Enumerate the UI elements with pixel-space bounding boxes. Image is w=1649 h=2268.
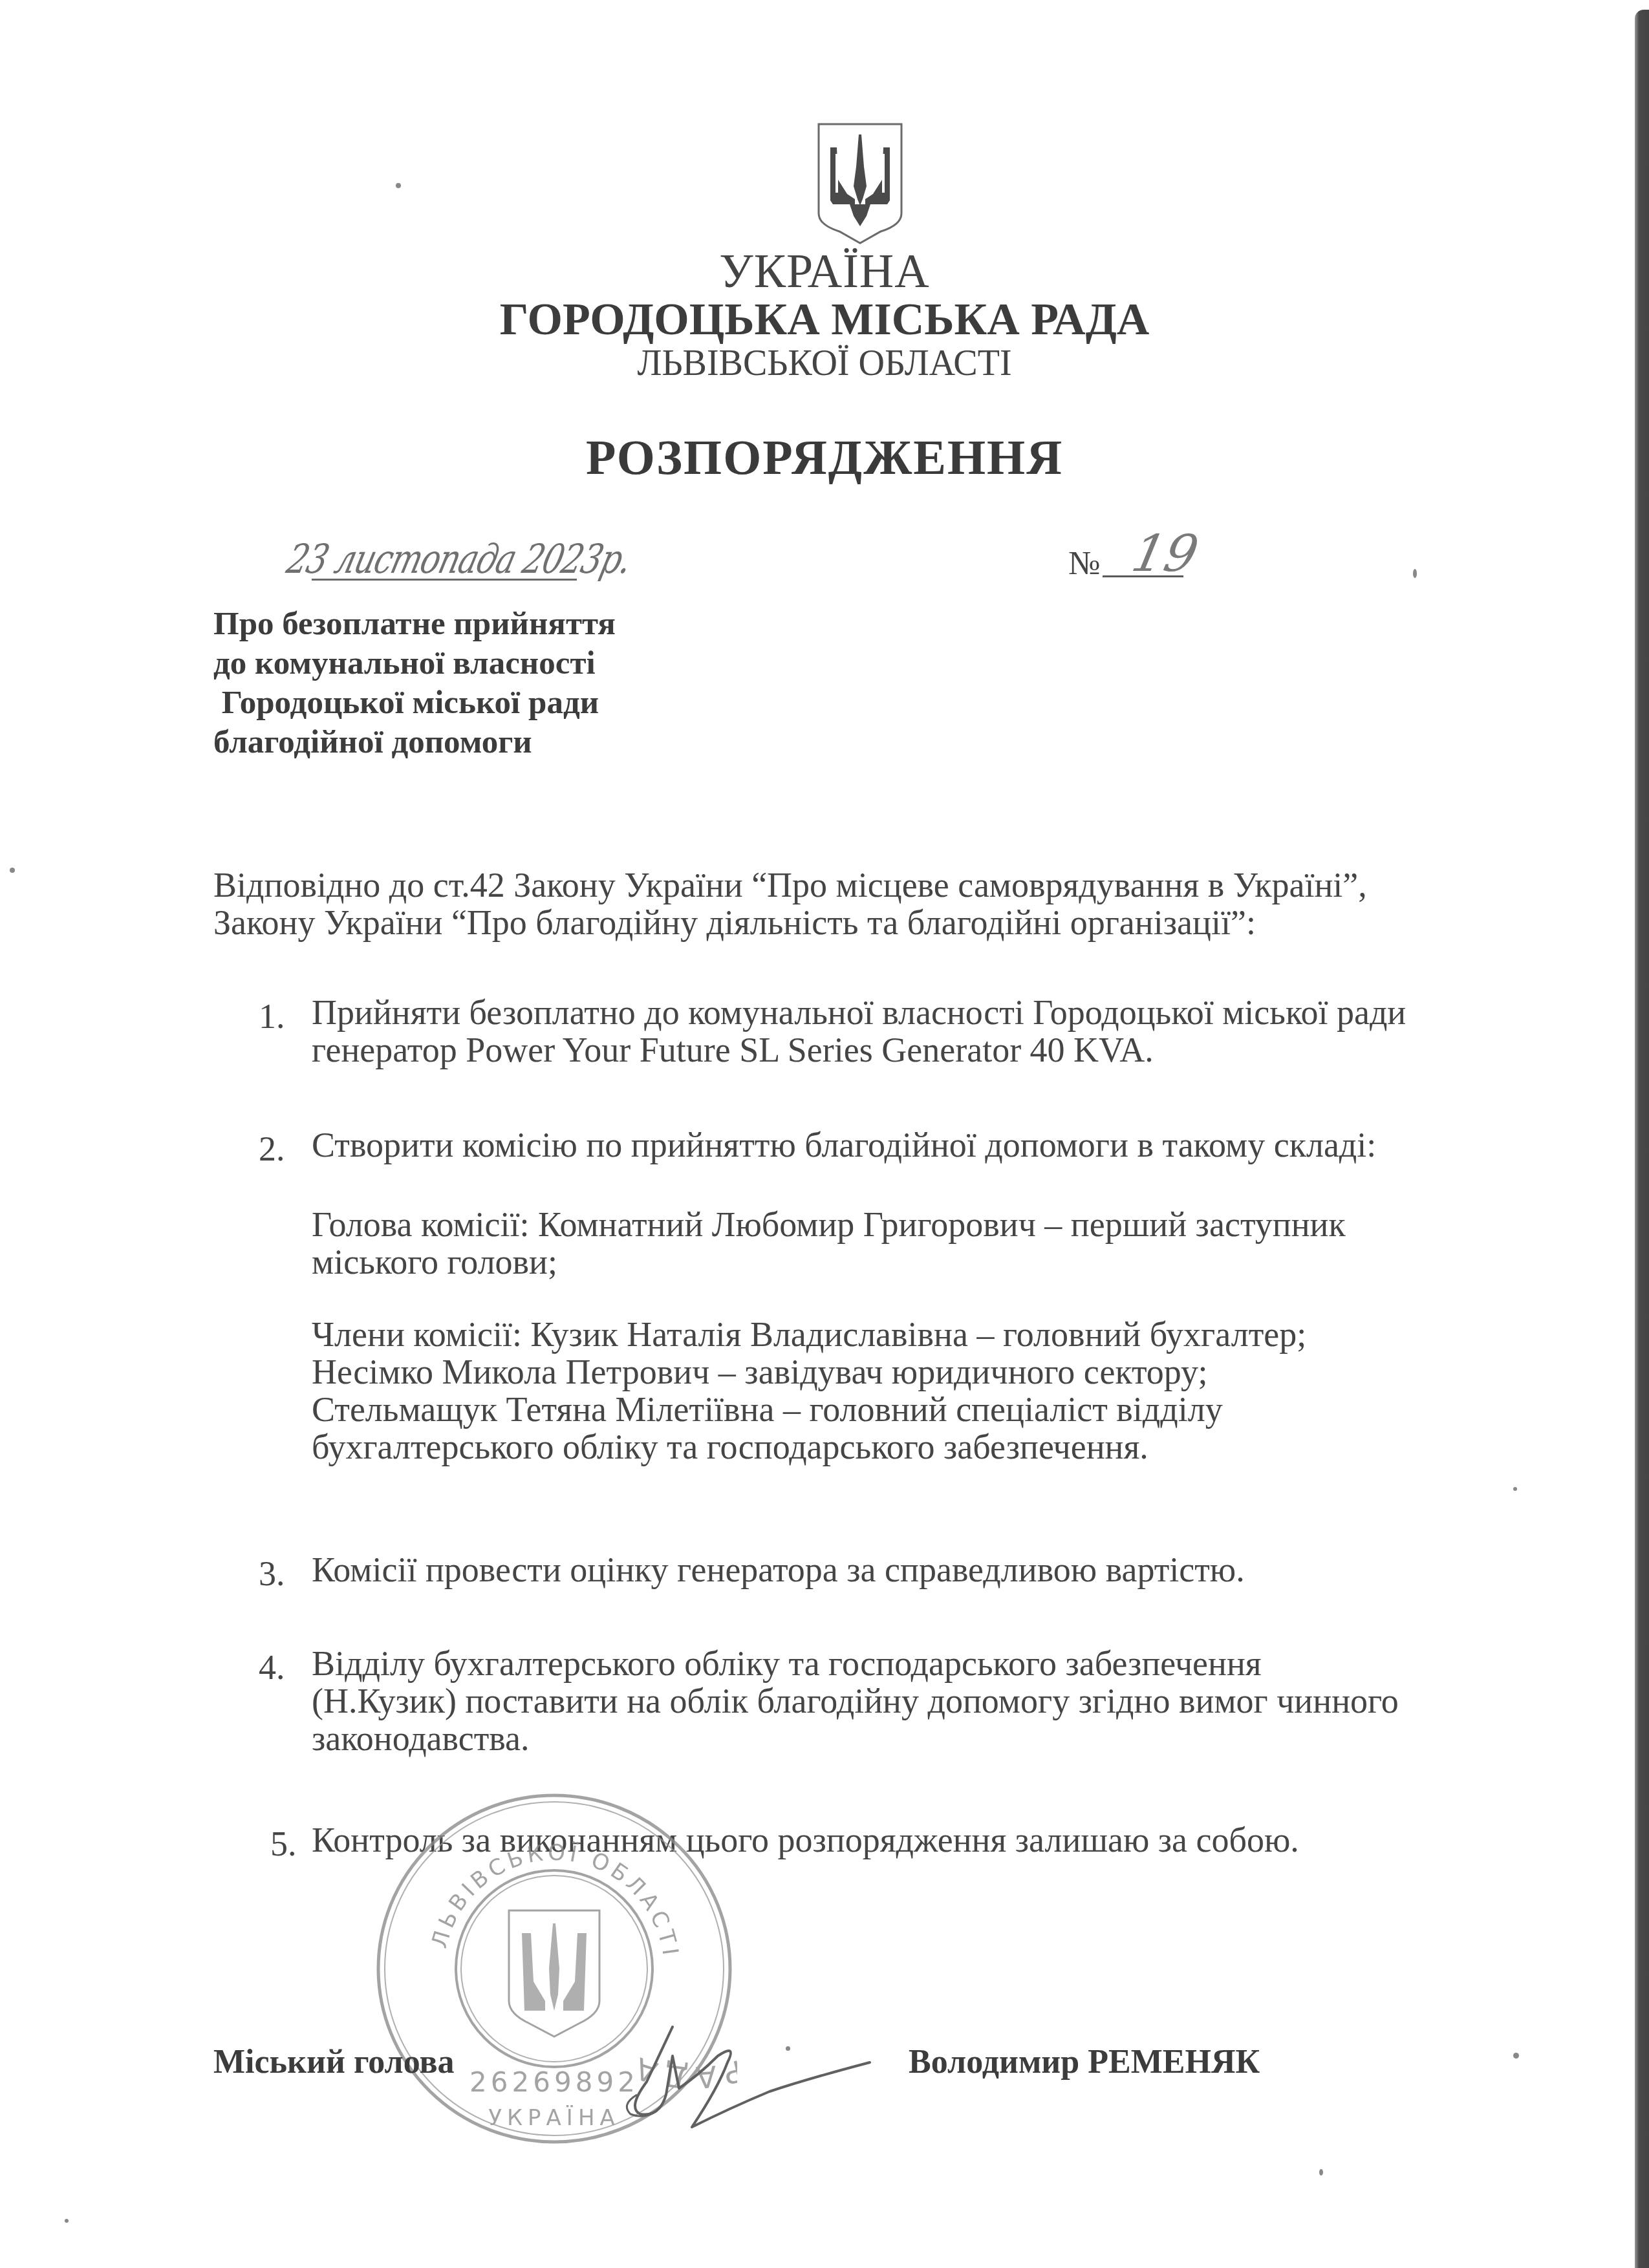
- list-item-line: законодавства.: [312, 1720, 1399, 1757]
- commission-chair-line: Голова комісії: Комнатний Любомир Григор…: [312, 1206, 1346, 1243]
- list-item: Комісії провести оцінку генератора за сп…: [312, 1551, 1245, 1589]
- list-item-line: Відділу бухгалтерського обліку та господ…: [312, 1645, 1399, 1682]
- scan-speck: [65, 2219, 69, 2223]
- scan-speck: [1513, 1487, 1517, 1491]
- handwritten-document-number: 19: [1126, 525, 1203, 583]
- signatory-title: Міський голова: [213, 2043, 455, 2081]
- list-item-line: Створити комісію по прийняттю благодійно…: [312, 1126, 1376, 1164]
- commission-member-line: Несімко Микола Петрович – завідувач юрид…: [312, 1353, 1306, 1391]
- commission-member-line: бухгалтерського обліку та господарського…: [312, 1428, 1306, 1466]
- list-item: Створити комісію по прийняттю благодійно…: [312, 1126, 1376, 1164]
- scan-speck: [1319, 2169, 1323, 2176]
- preamble: Відповідно до ст.42 Закону України “Про …: [213, 866, 1367, 941]
- header-country: УКРАЇНА: [0, 244, 1649, 299]
- signatory-name: Володимир РЕМЕНЯК: [909, 2043, 1260, 2081]
- subject-line: благодійної допомоги: [213, 723, 616, 762]
- stamp-tryzub-icon: [509, 1910, 599, 2037]
- list-item-number: 2.: [259, 1129, 285, 1169]
- header-region: ЛЬВІВСЬКОЇ ОБЛАСТІ: [0, 343, 1649, 384]
- stamp-bottom-text: УКРАЇНА: [488, 2105, 620, 2131]
- header-council-name: ГОРОДОЦЬКА МІСЬКА РАДА: [0, 294, 1649, 346]
- list-item-line: Прийняти безоплатно до комунальної власн…: [312, 994, 1406, 1031]
- list-item-number: 4.: [259, 1647, 285, 1687]
- list-item-line: Комісії провести оцінку генератора за сп…: [312, 1551, 1245, 1589]
- scan-speck: [1413, 569, 1417, 578]
- preamble-line: Відповідно до ст.42 Закону України “Про …: [213, 866, 1367, 904]
- number-sign: №: [1068, 544, 1101, 583]
- list-item-line: генератор Power Your Future SL Series Ge…: [312, 1031, 1406, 1069]
- commission-members: Члени комісії: Кузик Наталія Владиславів…: [312, 1316, 1306, 1466]
- document-subject: Про безоплатне прийняття до комунальної …: [213, 604, 616, 762]
- tryzub-coat-of-arms-icon: [816, 122, 904, 246]
- scan-speck: [1513, 2053, 1519, 2059]
- scan-speck: [10, 868, 15, 873]
- preamble-line: Закону України “Про благодійну діяльніст…: [213, 904, 1367, 941]
- list-item: Відділу бухгалтерського обліку та господ…: [312, 1645, 1399, 1757]
- date-underline: [312, 579, 577, 581]
- list-item-number: 5.: [270, 1824, 297, 1864]
- document-type-title: РОЗПОРЯДЖЕННЯ: [0, 430, 1649, 486]
- commission-chair: Голова комісії: Комнатний Любомир Григор…: [312, 1206, 1346, 1281]
- number-underline: [1103, 575, 1183, 577]
- handwritten-signature: [601, 2017, 873, 2140]
- list-item: Прийняти безоплатно до комунальної власн…: [312, 994, 1406, 1069]
- subject-line: до комунальної власності: [213, 644, 616, 683]
- scan-speck: [786, 2046, 790, 2051]
- list-item-number: 3.: [259, 1554, 285, 1594]
- commission-member-line: Стельмащук Тетяна Мілетіївна – головний …: [312, 1391, 1306, 1428]
- commission-member-line: Члени комісії: Кузик Наталія Владиславів…: [312, 1316, 1306, 1353]
- handwritten-date: 23 листопада 2023р.: [283, 535, 636, 583]
- scan-speck: [396, 183, 401, 188]
- commission-chair-line: міського голови;: [312, 1243, 1346, 1281]
- list-item-number: 1.: [259, 996, 285, 1036]
- subject-line: Про безоплатне прийняття: [213, 604, 616, 644]
- list-item-line: (Н.Кузик) поставити на облік благодійну …: [312, 1682, 1399, 1720]
- subject-line: Городоцької міської ради: [213, 683, 616, 723]
